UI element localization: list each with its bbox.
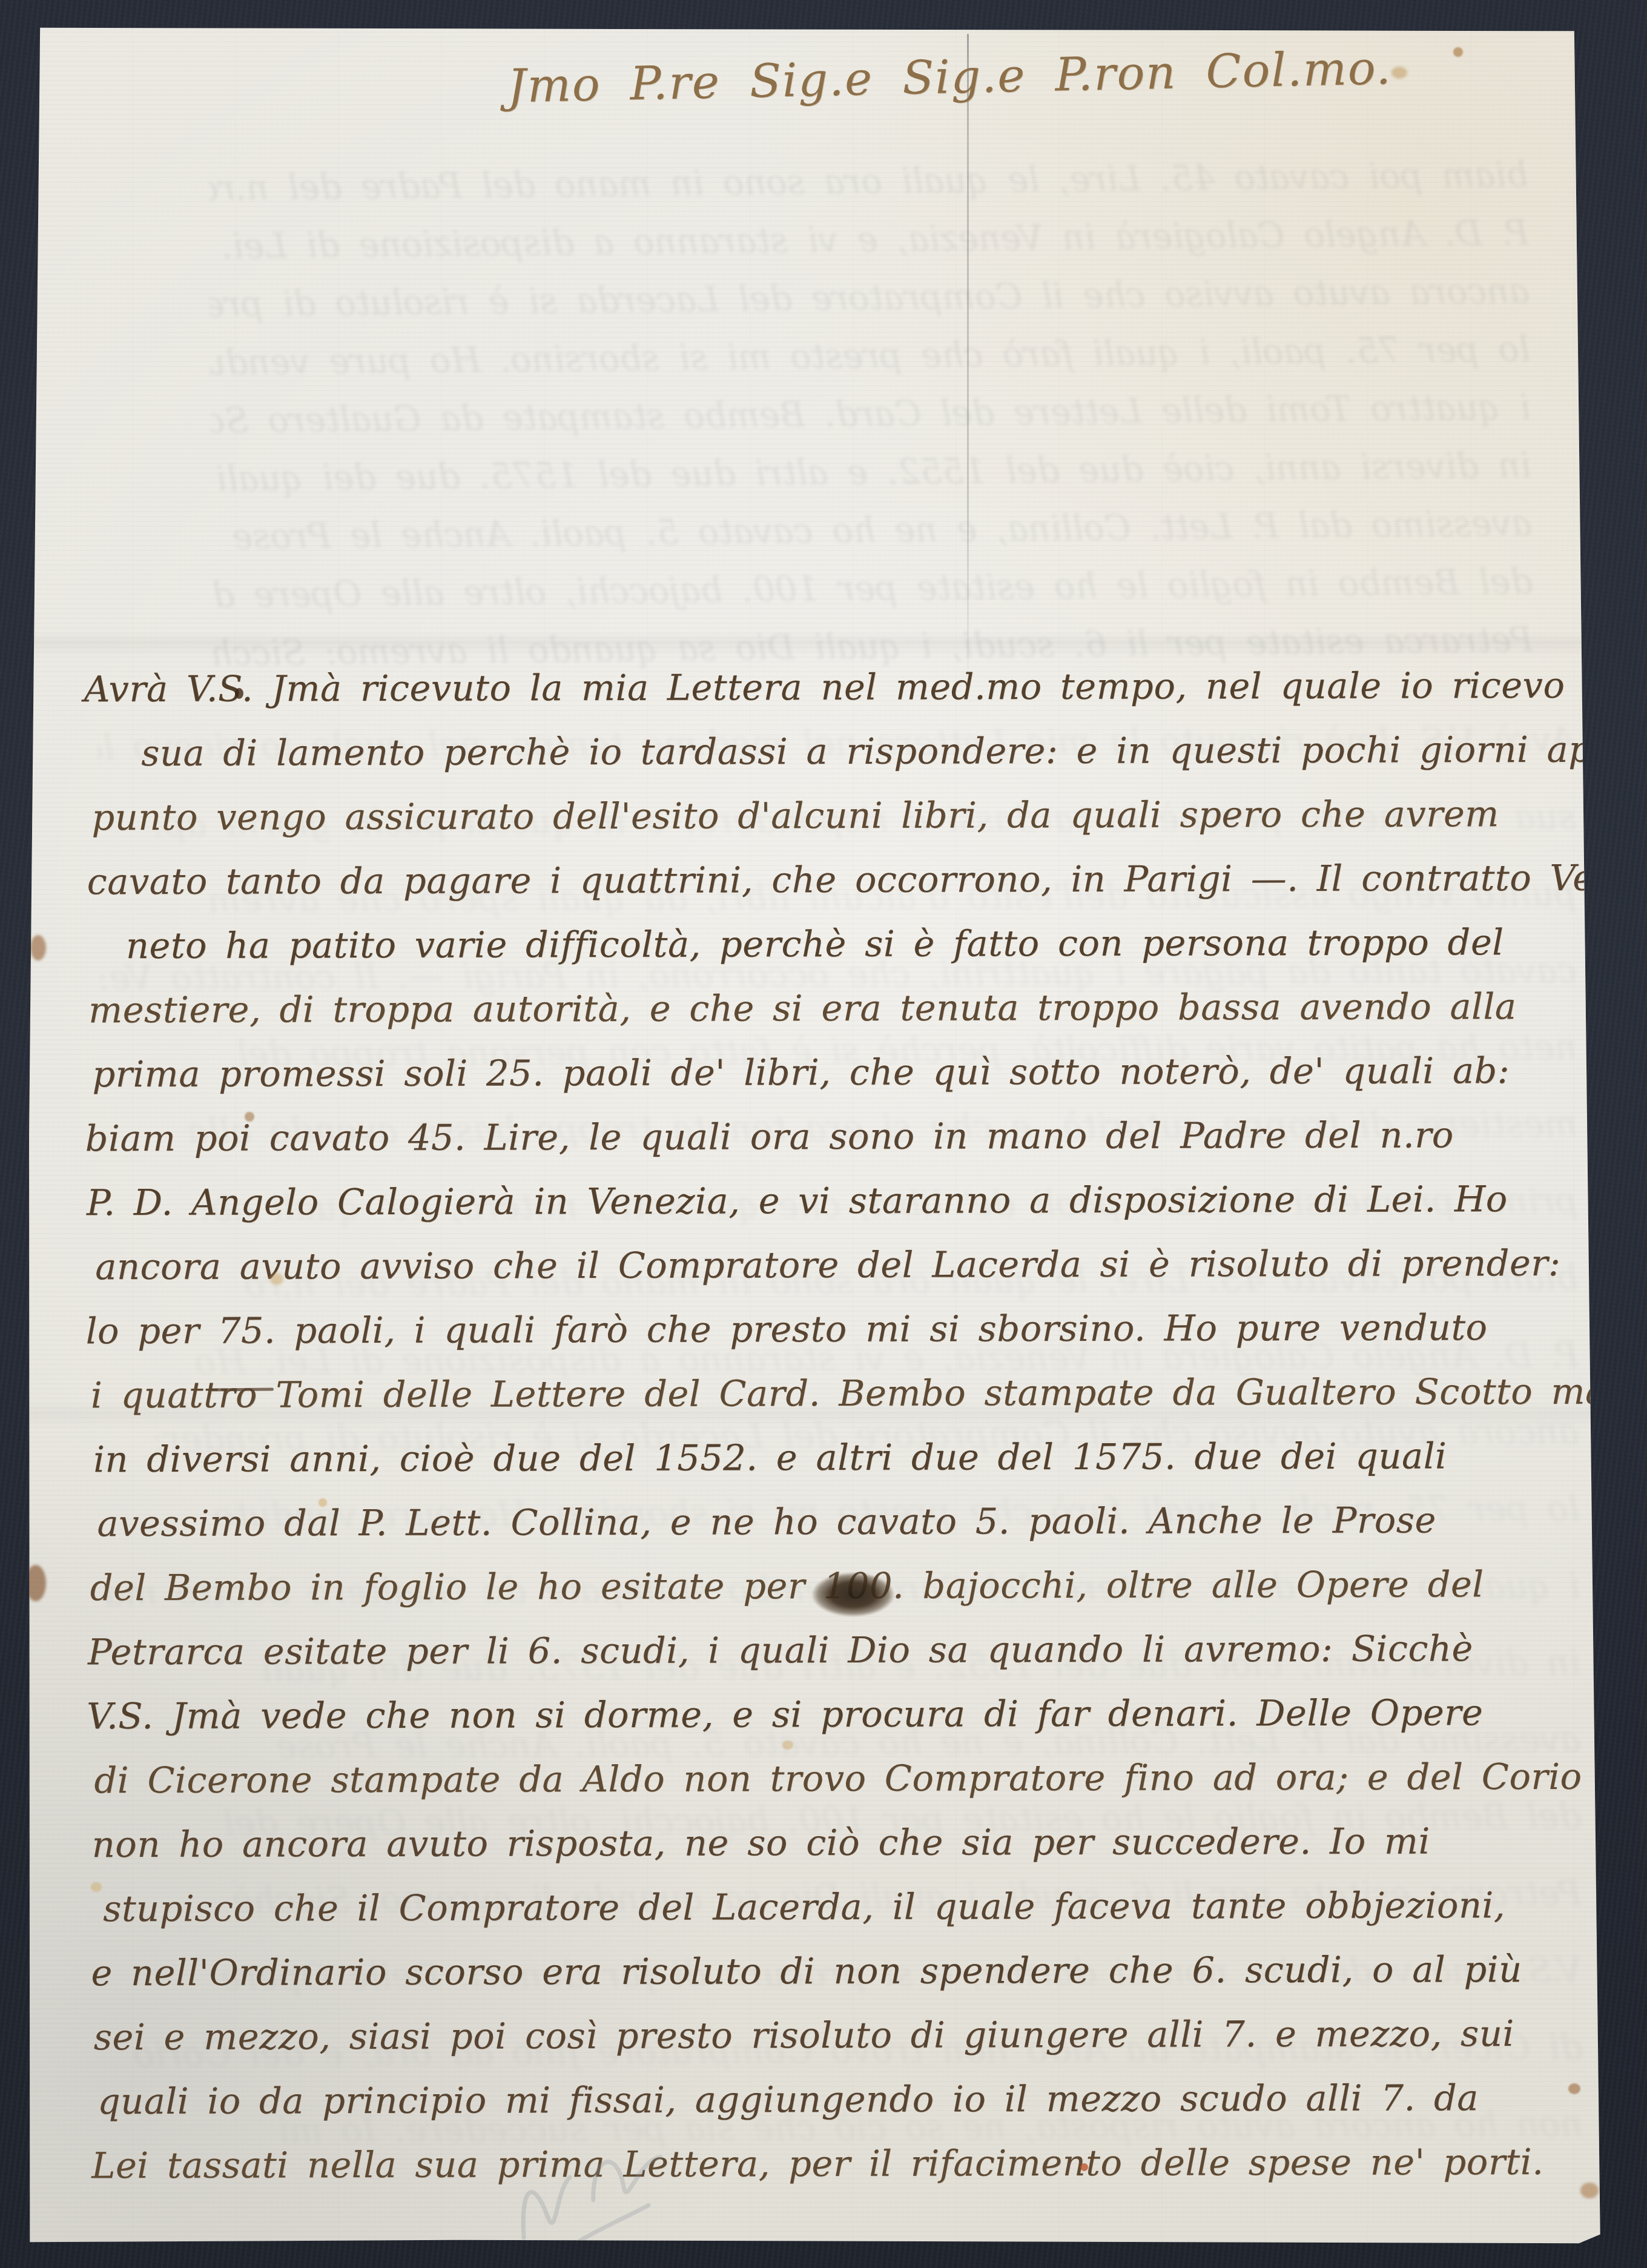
handwritten-line: cavato tanto da pagare i quattrini, che … bbox=[87, 846, 1585, 914]
bleedthrough-line: biam poi cavato 45. Lire, le quali ora s… bbox=[208, 146, 1529, 218]
handwritten-line: Avrà V.S. Jmà ricevuto la mia Lettera ne… bbox=[84, 653, 1585, 721]
handwritten-line: stupisco che il Compratore del Lacerda, … bbox=[103, 1873, 1588, 1941]
handwritten-line: non ho ancora avuto risposta, ne so ciò … bbox=[92, 1809, 1588, 1877]
handwritten-line: avessimo dal P. Lett. Collina, e ne ho c… bbox=[97, 1488, 1586, 1556]
handwritten-line: punto vengo assicurato dell'esito d'alcu… bbox=[91, 782, 1585, 850]
fold-crease bbox=[967, 34, 969, 697]
stain bbox=[1453, 47, 1463, 57]
ink-blot bbox=[811, 1572, 895, 1617]
handwritten-line: V.S. Jmà vede che non si dorme, e si pro… bbox=[87, 1681, 1587, 1748]
handwritten-line: sua di lamento perchè io tardassi a risp… bbox=[141, 718, 1585, 785]
handwritten-line: quali io da principio mi fissai, aggiung… bbox=[97, 2066, 1588, 2134]
handwritten-line: lo per 75. paoli, i quali farò che prest… bbox=[85, 1295, 1586, 1363]
bleedthrough-line: del Bembo in foglio le ho esitate per 10… bbox=[213, 553, 1533, 625]
bleedthrough-line: avessimo dal P. Lett. Collina, e ne ho c… bbox=[212, 495, 1533, 567]
handwritten-line: Lei tassati nella sua prima Lettera, per… bbox=[91, 2130, 1588, 2198]
handwritten-line: Petrarca esitate per li 6. scudi, i qual… bbox=[88, 1616, 1587, 1684]
handwritten-line: di Cicerone stampate da Aldo non trovo C… bbox=[94, 1745, 1587, 1813]
bleedthrough-line: P. D. Angelo Calogierà in Venezia, e vi … bbox=[209, 204, 1530, 276]
stain bbox=[1391, 67, 1407, 79]
handwritten-line: P. D. Angelo Calogierà in Venezia, e vi … bbox=[87, 1167, 1586, 1235]
handwritten-line: sei e mezzo, siasi poi così presto risol… bbox=[94, 2002, 1588, 2069]
letter-body: Avrà V.S. Jmà ricevuto la mia Lettera ne… bbox=[83, 653, 1589, 2198]
bleedthrough-line: in diversi anni, cioè due del 1552. e al… bbox=[211, 437, 1532, 509]
handwritten-line: e nell'Ordinario scorso era risoluto di … bbox=[91, 1937, 1588, 2005]
handwritten-line: neto ha patito varie difficoltà, perchè … bbox=[126, 910, 1585, 978]
salutation-line: Jmo P.re Sig.e Sig.e P.ron Col.mo. bbox=[507, 45, 1174, 113]
bleedthrough-line: ancora avuto avviso che il Compratore de… bbox=[210, 262, 1530, 334]
handwritten-line: i quattro Tomi delle Lettere del Card. B… bbox=[91, 1360, 1586, 1427]
bleedthrough-text-top: biam poi cavato 45. Lire, le quali ora s… bbox=[208, 146, 1534, 681]
letter-page: biam poi cavato 45. Lire, le quali ora s… bbox=[29, 27, 1601, 2244]
pencil-smudge bbox=[478, 2077, 733, 2259]
handwritten-line: biam poi cavato 45. Lire, le quali ora s… bbox=[85, 1103, 1586, 1171]
handwritten-line: prima promessi soli 25. paoli de' libri,… bbox=[92, 1039, 1585, 1106]
stain bbox=[30, 935, 46, 960]
handwritten-line: ancora avuto avviso che il Compratore de… bbox=[95, 1231, 1586, 1299]
handwritten-line: mestiere, di troppa autorità, e che si e… bbox=[88, 974, 1585, 1042]
handwritten-line: in diversi anni, cioè due del 1552. e al… bbox=[93, 1424, 1586, 1492]
manuscript-scan: biam poi cavato 45. Lire, le quali ora s… bbox=[0, 0, 1647, 2268]
bleedthrough-line: i quattro Tomi delle Lettere del Card. B… bbox=[211, 379, 1531, 451]
bleedthrough-line: lo per 75. paoli, i quali farò che prest… bbox=[210, 320, 1531, 392]
